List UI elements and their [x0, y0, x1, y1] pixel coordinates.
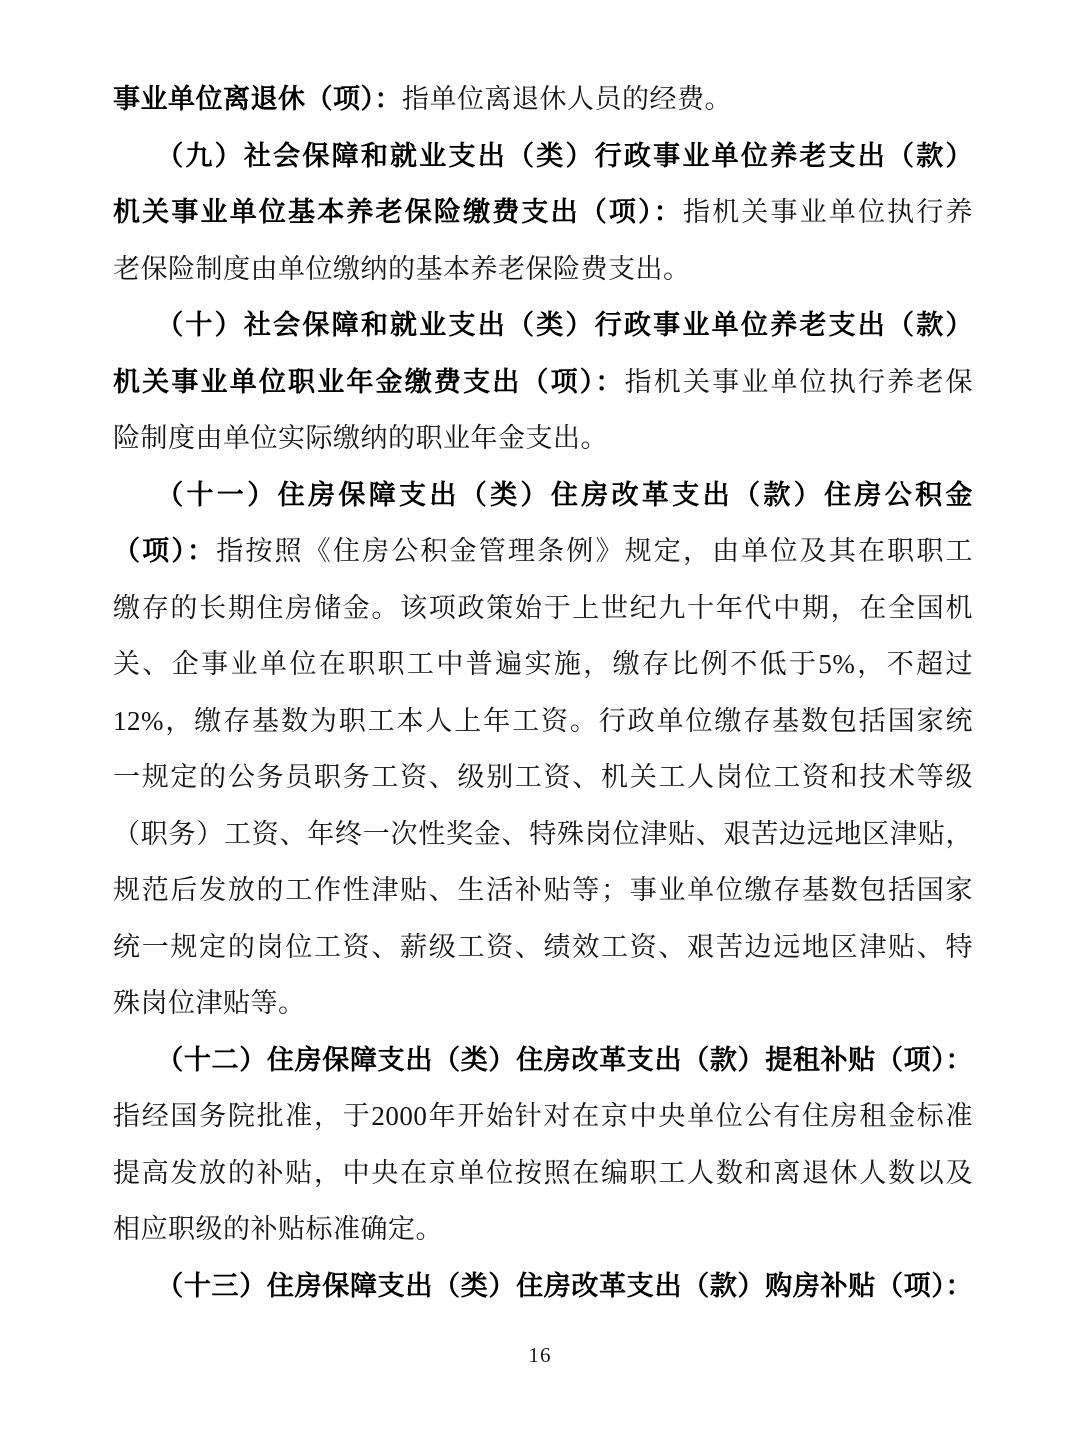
paragraph-line: 老保险制度由单位缴纳的基本养老保险费支出。 [113, 241, 973, 298]
body-run: 指单位离退休人员的经费。 [402, 84, 732, 114]
body-run: 提高发放的补贴，中央在京单位按照在编职工人数和离退休人数以及 [113, 1158, 973, 1188]
body-run: 指经国务院批准，于2000年开始针对在京中央单位公有住房租金标准 [113, 1101, 973, 1131]
document-body: 事业单位离退休（项）：指单位离退休人员的经费。 （九）社会保障和就业支出（类）行… [113, 71, 973, 1314]
paragraph-line: 机关事业单位职业年金缴费支出（项）：指机关事业单位执行养老保 [113, 354, 973, 411]
heading-run: 事业单位离退休（项）： [113, 84, 402, 114]
paragraph-line: 规范后发放的工作性津贴、生活补贴等；事业单位缴存基数包括国家 [113, 862, 973, 919]
paragraph-line: 12%，缴存基数为职工本人上年工资。行政单位缴存基数包括国家统 [113, 693, 973, 750]
paragraph-line: 一规定的公务员职务工资、级别工资、机关工人岗位工资和技术等级 [113, 749, 973, 806]
paragraph-line: 事业单位离退休（项）：指单位离退休人员的经费。 [113, 71, 973, 128]
body-run: 相应职级的补贴标准确定。 [113, 1214, 443, 1244]
paragraph-line: 指经国务院批准，于2000年开始针对在京中央单位公有住房租金标准 [113, 1088, 973, 1145]
body-run: 统一规定的岗位工资、薪级工资、绩效工资、艰苦边远地区津贴、特 [113, 932, 973, 962]
body-run: 一规定的公务员职务工资、级别工资、机关工人岗位工资和技术等级 [113, 762, 973, 792]
heading-run: （十）社会保障和就业支出（类）行政事业单位养老支出（款） [156, 310, 973, 340]
body-run: 指机关事业单位执行养 [683, 197, 973, 227]
body-run: 12%，缴存基数为职工本人上年工资。行政单位缴存基数包括国家统 [113, 706, 973, 736]
body-run: 规范后发放的工作性津贴、生活补贴等；事业单位缴存基数包括国家 [113, 875, 973, 905]
paragraph-line: 殊岗位津贴等。 [113, 975, 973, 1032]
body-run: 指按照《住房公积金管理条例》规定，由单位及其在职职工 [216, 536, 973, 566]
section-heading-line: （十）社会保障和就业支出（类）行政事业单位养老支出（款） [113, 297, 973, 354]
body-run: 指机关事业单位执行养老保 [625, 367, 973, 397]
section-heading-line: （十二）住房保障支出（类）住房改革支出（款）提租补贴（项）： [113, 1032, 973, 1089]
document-page: { "page": { "number": "16", "background_… [0, 0, 1080, 1453]
page-number: 16 [0, 1343, 1080, 1368]
body-run: 老保险制度由单位缴纳的基本养老保险费支出。 [113, 254, 691, 284]
heading-run: （九）社会保障和就业支出（类）行政事业单位养老支出（款） [156, 141, 973, 171]
body-run: （职务）工资、年终一次性奖金、特殊岗位津贴、艰苦边远地区津贴， [113, 819, 973, 849]
section-heading-line: （十一）住房保障支出（类）住房改革支出（款）住房公积金 [113, 467, 973, 524]
heading-run: （十二）住房保障支出（类）住房改革支出（款）提租补贴（项）： [156, 1045, 973, 1075]
paragraph-line: 提高发放的补贴，中央在京单位按照在编职工人数和离退休人数以及 [113, 1145, 973, 1202]
paragraph-line: （项）：指按照《住房公积金管理条例》规定，由单位及其在职职工 [113, 523, 973, 580]
section-heading-line: （九）社会保障和就业支出（类）行政事业单位养老支出（款） [113, 128, 973, 185]
paragraph-line: 关、企事业单位在职职工中普遍实施，缴存比例不低于5%，不超过 [113, 636, 973, 693]
paragraph-line: 险制度由单位实际缴纳的职业年金支出。 [113, 410, 973, 467]
paragraph-line: 机关事业单位基本养老保险缴费支出（项）：指机关事业单位执行养 [113, 184, 973, 241]
body-run: 关、企事业单位在职职工中普遍实施，缴存比例不低于5%，不超过 [113, 649, 973, 679]
heading-run: （十一）住房保障支出（类）住房改革支出（款）住房公积金 [156, 480, 973, 510]
heading-run: 机关事业单位基本养老保险缴费支出（项）： [113, 197, 683, 227]
paragraph-line: 缴存的长期住房储金。该项政策始于上世纪九十年代中期，在全国机 [113, 580, 973, 637]
heading-run: （十三）住房保障支出（类）住房改革支出（款）购房补贴（项）： [156, 1271, 973, 1301]
heading-run: 机关事业单位职业年金缴费支出（项）： [113, 367, 625, 397]
body-run: 险制度由单位实际缴纳的职业年金支出。 [113, 423, 608, 453]
body-run: 缴存的长期住房储金。该项政策始于上世纪九十年代中期，在全国机 [113, 593, 973, 623]
paragraph-line: 统一规定的岗位工资、薪级工资、绩效工资、艰苦边远地区津贴、特 [113, 919, 973, 976]
paragraph-line: 相应职级的补贴标准确定。 [113, 1201, 973, 1258]
section-heading-line: （十三）住房保障支出（类）住房改革支出（款）购房补贴（项）： [113, 1258, 973, 1315]
paragraph-line: （职务）工资、年终一次性奖金、特殊岗位津贴、艰苦边远地区津贴， [113, 806, 973, 863]
heading-run: （项）： [113, 536, 216, 566]
body-run: 殊岗位津贴等。 [113, 988, 306, 1018]
